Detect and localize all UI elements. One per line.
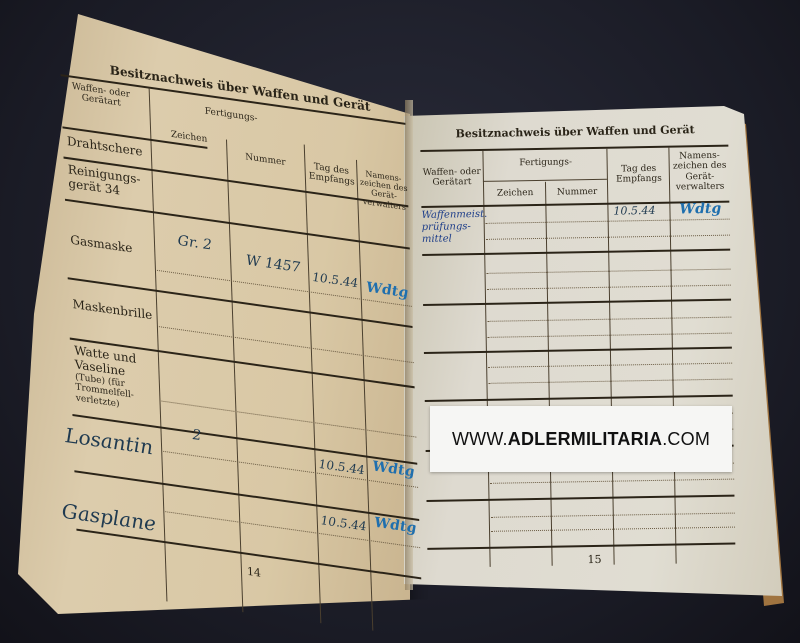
header-zeichen: Zeichen <box>485 188 545 199</box>
gasplane-date: 10.5.44 <box>321 513 367 534</box>
page-number: 15 <box>587 553 601 566</box>
header-fertigungs: Fertigungs- <box>485 157 607 169</box>
header-nummer: Nummer <box>547 187 607 198</box>
watermark-prefix: WWW. <box>452 429 508 450</box>
waffenmeist-signature: Wdtg <box>679 201 721 218</box>
left-page-form: Besitznachweis über Waffen und Gerät Waf… <box>60 56 423 638</box>
header-tag: Tag des Empfangs <box>306 161 357 189</box>
item-gasmaske: Gasmaske <box>70 234 132 257</box>
header-tag: Tag des Empfangs <box>609 164 669 186</box>
item-losantin: Losantin <box>65 423 154 460</box>
header-nummer: Nummer <box>230 150 300 170</box>
gasmaske-nummer: W 1457 <box>246 252 301 276</box>
item-waffenmeist: Waffenmeist. prüfungs- mittel <box>421 209 484 246</box>
item-maskenbrille: Maskenbrille <box>72 298 152 323</box>
gasmaske-zeichen: Gr. 2 <box>178 233 213 254</box>
losantin-zeichen: 2 <box>192 427 201 444</box>
right-page-form: Besitznachweis über Waffen und Gerät Waf… <box>420 123 736 568</box>
waffenmeist-date: 10.5.44 <box>613 204 655 218</box>
page-number: 14 <box>247 565 261 580</box>
header-type: Waffen- oder Gerätart <box>421 167 483 189</box>
item-drahtschere: Drahtschere <box>67 135 143 160</box>
watermark-suffix: .COM <box>662 429 710 450</box>
gasmaske-signature: Wdtg <box>366 279 408 301</box>
gasmaske-date: 10.5.44 <box>312 270 358 291</box>
header-namenszeichen: Namens- zeichen des Gerät- verwalters <box>670 151 729 193</box>
watermark-label: WWW.ADLERMILITARIA.COM <box>430 406 732 472</box>
watermark-brand: ADLERMILITARIA <box>508 429 662 450</box>
